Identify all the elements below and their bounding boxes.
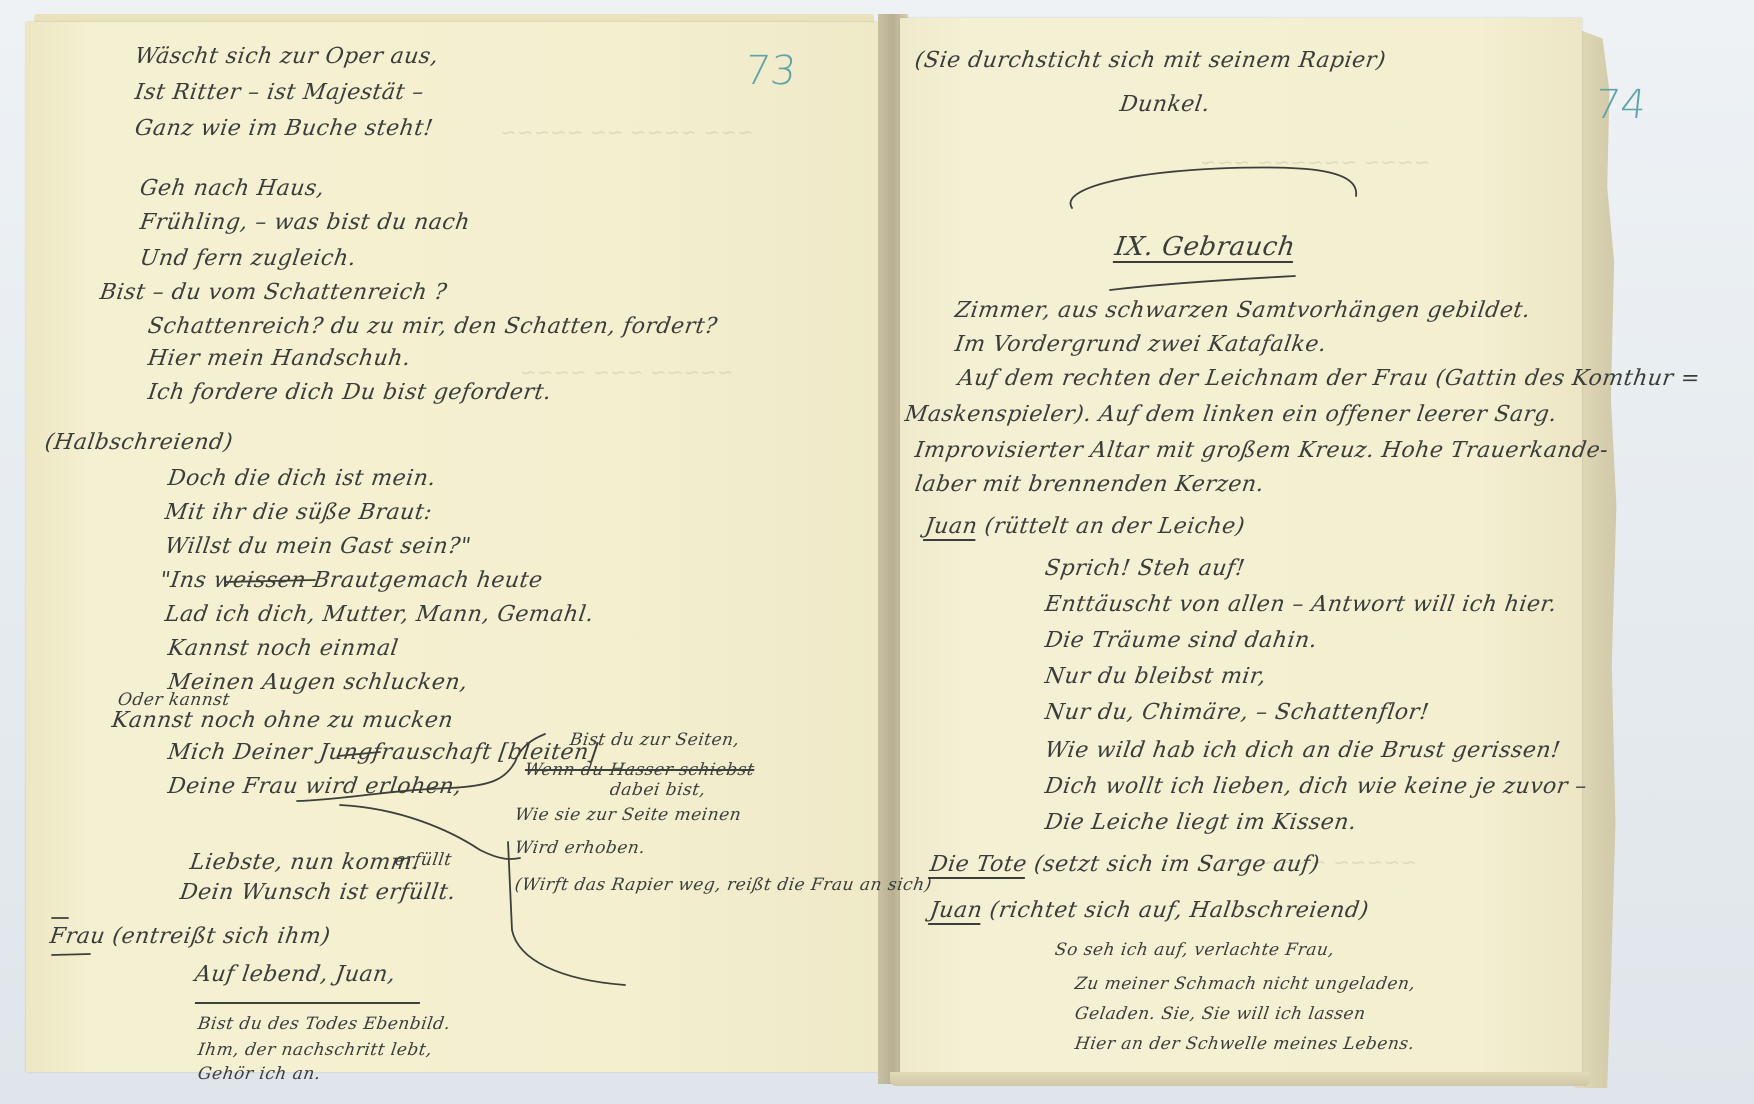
insertion-text: Oder kannst (117, 690, 232, 710)
manuscript-line: Deine Frau wird erlohen, (166, 774, 463, 799)
verse-line: Sprich! Steh auf! (1043, 556, 1246, 581)
manuscript-line: Auf lebend, Juan, (193, 962, 397, 987)
speaker-direction: Frau (entreißt sich ihm) (48, 924, 332, 949)
speaker-name: Juan (928, 898, 984, 923)
verse-line: Nur du, Chimäre, – Schattenflor! (1043, 700, 1431, 725)
manuscript-line: Ihm, der nachschritt lebt, (197, 1040, 434, 1060)
manuscript-line: Kannst noch ohne zu mucken (110, 708, 455, 733)
right-page-number: 74 (1593, 82, 1649, 128)
setting-line: Maskenspieler). Auf dem linken ein offen… (903, 402, 1558, 427)
manuscript-line: Gehör ich an. (197, 1064, 322, 1084)
speaker-line: Die Tote (setzt sich im Sarge auf) (928, 852, 1321, 877)
speaker-line: Juan (richtet sich auf, Halbschreiend) (928, 898, 1370, 923)
manuscript-line: Wäscht sich zur Oper aus, (133, 44, 440, 69)
manuscript-line: Dunkel. (1118, 92, 1211, 117)
stage-direction: (Wirft das Rapier weg, reißt die Frau an… (514, 875, 934, 895)
verse-line: Enttäuscht von allen – Antwort will ich … (1043, 592, 1558, 617)
manuscript-line: Bist du des Todes Ebenbild. (197, 1014, 452, 1034)
struck-line: —————————— (193, 990, 422, 1015)
verse-line: Wie wild hab ich dich an die Brust geris… (1043, 738, 1562, 763)
bleed-through-text: ~~~~ ~~~~~~ ~~~ (1198, 150, 1432, 174)
verse-line: Geladen. Sie, Sie will ich lassen (1074, 1004, 1367, 1024)
left-page-number: 73 (743, 48, 799, 94)
manuscript-line: Ich fordere dich Du bist gefordert. (146, 380, 553, 405)
speaker-name: Die Tote (928, 852, 1028, 877)
setting-line: Im Vordergrund zwei Katafalke. (953, 332, 1328, 357)
right-page-bottom-edge (890, 1072, 1590, 1086)
manuscript-line: "Ins weissen Brautgemach heute (158, 568, 544, 593)
verse-line: Nur du bleibst mir, (1043, 664, 1268, 689)
stage-direction: (Sie durchsticht sich mit seinem Rapier) (913, 48, 1387, 73)
manuscript-line: Bist – du vom Schattenreich ? (98, 280, 449, 305)
bleed-through-text: ~~~ ~~~~ ~~ ~~~~~ (498, 120, 755, 144)
insertion-text: Wird erhoben. (514, 838, 647, 858)
insertion-text: Wie sie zur Seite meinen (514, 805, 743, 825)
setting-line: Auf dem rechten der Leichnam der Frau (G… (956, 366, 1701, 391)
manuscript-line: Schattenreich? du zu mir, den Schatten, … (146, 314, 719, 339)
manuscript-line: Kannst noch einmal (166, 636, 400, 661)
stage-direction: (Halbschreiend) (43, 430, 234, 455)
manuscript-line: Dein Wunsch ist erfüllt. (178, 880, 457, 905)
setting-line: Improvisierter Altar mit großem Kreuz. H… (913, 438, 1610, 463)
manuscript-line: Ist Ritter – ist Majestät – (133, 80, 425, 105)
manuscript-line: Und fern zugleich. (138, 246, 358, 271)
stage-direction: (richtet sich auf, Halbschreiend) (988, 898, 1370, 923)
manuscript-line: Doch die dich ist mein. (166, 466, 437, 491)
verse-line: Dich wollt ich lieben, dich wie keine je… (1043, 774, 1588, 799)
verse-line: Die Träume sind dahin. (1043, 628, 1319, 653)
setting-line: laber mit brennenden Kerzen. (913, 472, 1266, 497)
verse-line: Hier an der Schwelle meines Lebens. (1074, 1034, 1416, 1054)
insertion-text: erfüllt (394, 850, 453, 870)
verse-line: So seh ich auf, verlachte Frau, (1054, 940, 1336, 960)
manuscript-line: Frühling, – was bist du nach (138, 210, 471, 235)
manuscript-line: Geh nach Haus, (138, 176, 326, 201)
setting-line: Zimmer, aus schwarzen Samtvorhängen gebi… (953, 298, 1532, 323)
manuscript-line: Lad ich dich, Mutter, Mann, Gemahl. (163, 602, 595, 627)
insertion-text: Bist du zur Seiten, (569, 730, 741, 750)
manuscript-line: Liebste, nun komm. (188, 850, 421, 875)
struck-insertion: Wenn du Hasser schiebst (524, 760, 756, 780)
speaker-name: Juan (923, 514, 979, 539)
insertion-text: dabei bist, (609, 780, 707, 800)
stage-direction: (rüttelt an der Leiche) (983, 514, 1247, 539)
verse-line: Zu meiner Schmach nicht ungeladen, (1074, 974, 1417, 994)
speaker-line: Juan (rüttelt an der Leiche) (923, 514, 1246, 539)
verse-line: Die Leiche liegt im Kissen. (1043, 810, 1358, 835)
manuscript-line: Willst du mein Gast sein?" (163, 534, 473, 559)
scene-title: IX. Gebrauch (1113, 232, 1297, 262)
manuscript-line: Hier mein Handschuh. (146, 346, 412, 371)
stage-direction: (setzt sich im Sarge auf) (1033, 852, 1322, 877)
manuscript-line: Ganz wie im Buche steht! (133, 116, 435, 141)
manuscript-line: Mit ihr die süße Braut: (163, 500, 434, 525)
